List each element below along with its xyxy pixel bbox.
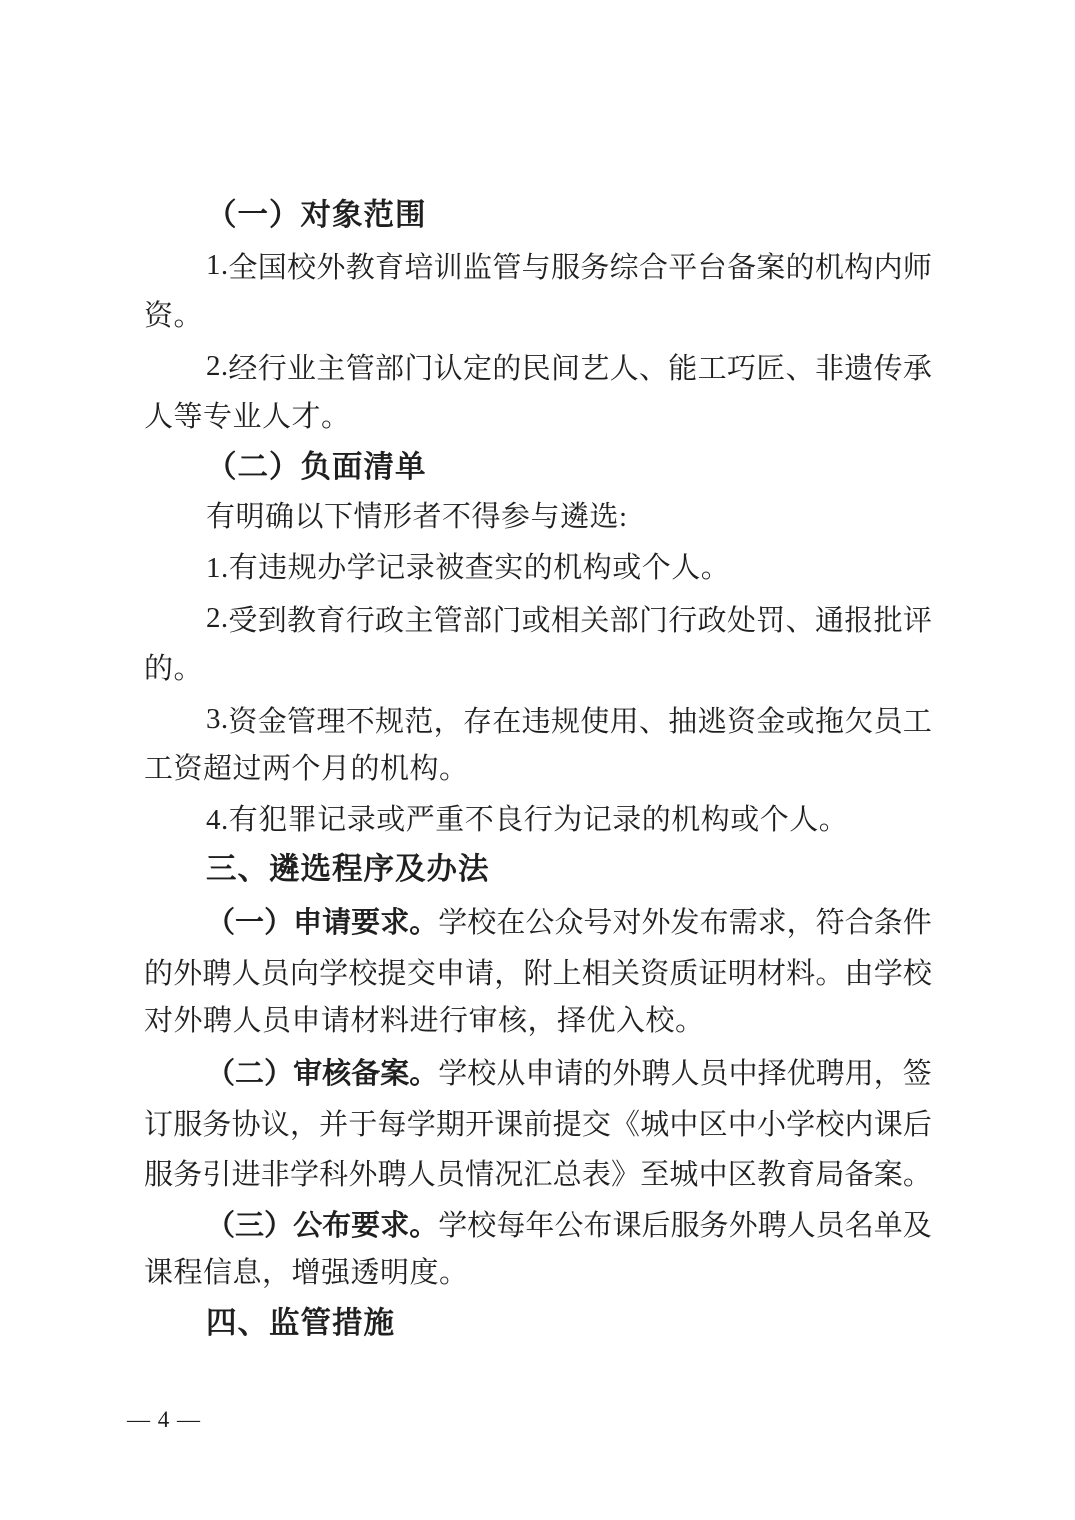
document-line: 对外聘人员申请材料进行审核，择优入校。 bbox=[144, 996, 932, 1046]
document-line: 1.有违规办学记录被查实的机构或个人。 bbox=[144, 543, 932, 593]
heading-line: （一）对象范围 bbox=[144, 190, 932, 240]
document-line: 服务引进非学科外聘人员情况汇总表》至城中区教育局备案。 bbox=[144, 1147, 932, 1197]
document-line: 人等专业人才。 bbox=[144, 392, 932, 442]
document-line: 的外聘人员向学校提交申请，附上相关资质证明材料。由学校 bbox=[144, 946, 932, 996]
document-line: 有明确以下情形者不得参与遴选: bbox=[144, 492, 932, 542]
document-line: 2.受到教育行政主管部门或相关部门行政处罚、通报批评 bbox=[144, 593, 932, 643]
document-line: （一）申请要求。学校在公众号对外发布需求，符合条件 bbox=[144, 895, 932, 945]
document-body: （一）对象范围1.全国校外教育培训监管与服务综合平台备案的机构内师资。2.经行业… bbox=[144, 190, 932, 1349]
heading-line: 三、遴选程序及办法 bbox=[144, 845, 932, 895]
document-line: 1.全国校外教育培训监管与服务综合平台备案的机构内师 bbox=[144, 240, 932, 290]
document-page: （一）对象范围1.全国校外教育培训监管与服务综合平台备案的机构内师资。2.经行业… bbox=[0, 0, 1075, 1520]
document-line: 2.经行业主管部门认定的民间艺人、能工巧匠、非遗传承 bbox=[144, 341, 932, 391]
document-line: 4.有犯罪记录或严重不良行为记录的机构或个人。 bbox=[144, 795, 932, 845]
document-line: 订服务协议，并于每学期开课前提交《城中区中小学校内课后 bbox=[144, 1097, 932, 1147]
document-line: （三）公布要求。学校每年公布课后服务外聘人员名单及 bbox=[144, 1198, 932, 1248]
heading-line: 四、监管措施 bbox=[144, 1299, 932, 1349]
document-line: 资。 bbox=[144, 291, 932, 341]
document-line: 课程信息，增强透明度。 bbox=[144, 1248, 932, 1298]
document-line: 工资超过两个月的机构。 bbox=[144, 744, 932, 794]
document-line: 3.资金管理不规范，存在违规使用、抽逃资金或拖欠员工 bbox=[144, 694, 932, 744]
page-number: — 4 — bbox=[127, 1405, 201, 1435]
document-line: （二）审核备案。学校从申请的外聘人员中择优聘用，签 bbox=[144, 1047, 932, 1097]
document-line: 的。 bbox=[144, 644, 932, 694]
heading-line: （二）负面清单 bbox=[144, 442, 932, 492]
